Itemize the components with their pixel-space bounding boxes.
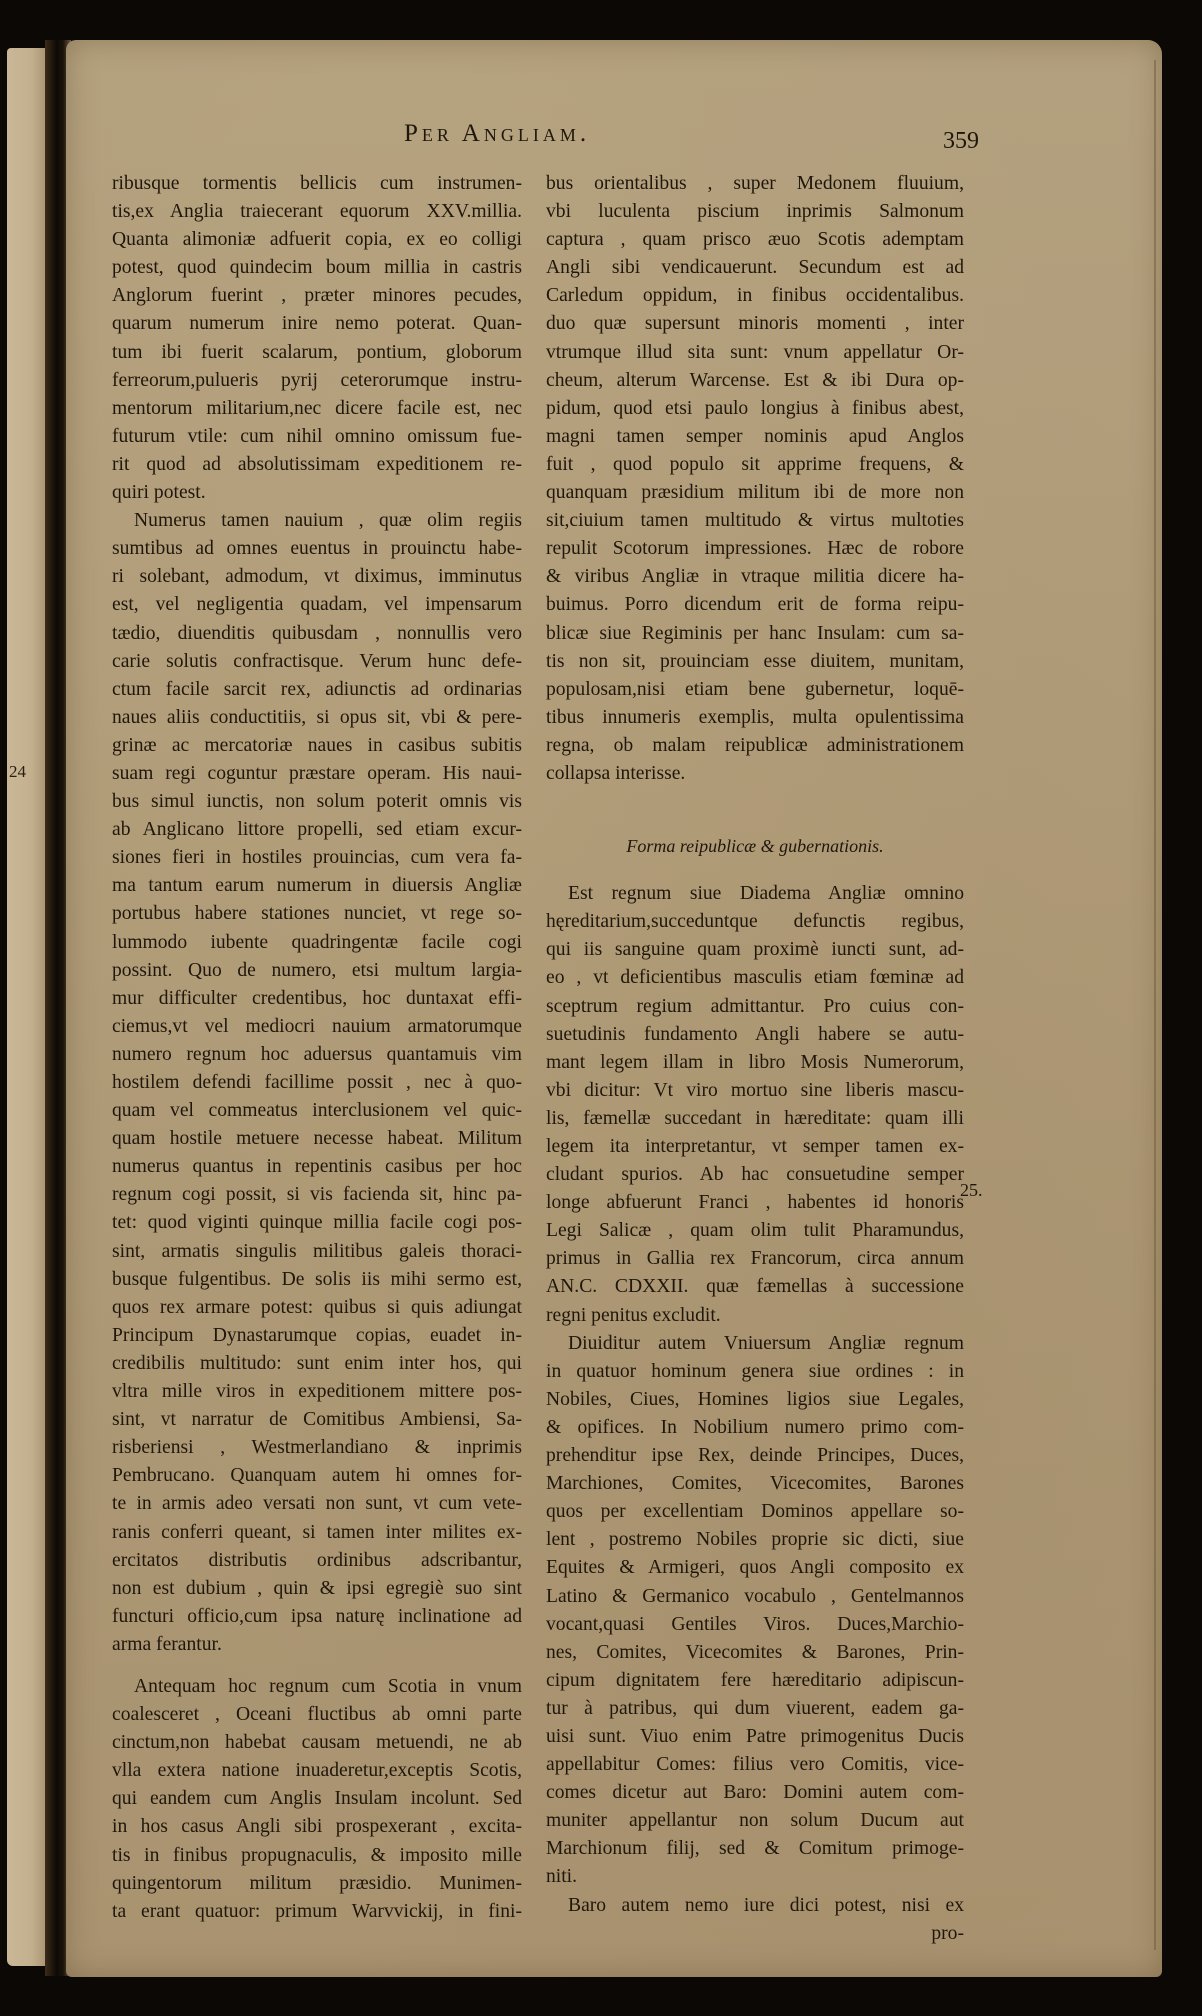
text-line: Numerus tamen nauium , quæ olim regiis [112, 507, 522, 535]
text-line: Pembrucano. Quanquam autem hi omnes for- [112, 1462, 522, 1490]
page-edge [1154, 60, 1156, 1950]
text-line: Angli sibi vendicauerunt. Secundum est a… [546, 254, 964, 282]
text-line: rit quod ad absolutissimam expeditionem … [112, 451, 522, 479]
text-line: & opifices. In Nobilium numero primo com… [546, 1414, 964, 1442]
text-line: Legi Salicæ , quam olim tulit Pharamundu… [546, 1217, 964, 1245]
text-line: portubus habere stationes nunciet, vt re… [112, 900, 522, 928]
text-line: busque fulgentibus. De solis iis mihi se… [112, 1266, 522, 1294]
text-line: cipum dignitatem fere hæreditario adipis… [546, 1667, 964, 1695]
text-line: lis, fæmellæ succedant in hæreditate: qu… [546, 1105, 964, 1133]
text-line: ribusque tormentis bellicis cum instrume… [112, 170, 522, 198]
text-line: in hos casus Angli sibi prospexerant , e… [112, 1813, 522, 1841]
text-line: vtrumque illud sita sunt: vnum appellatu… [546, 339, 964, 367]
text-line: quanquam præsidium militum ibi de more n… [546, 479, 964, 507]
text-line: quos per excellentiam Dominos appellare … [546, 1498, 964, 1526]
text-line: siones fieri in hostiles prouincias, cum… [112, 844, 522, 872]
text-line: lummodo iubente quadringentæ facile cogi [112, 929, 522, 957]
text-line: pidum, quod etsi paulo longius à finibus… [546, 395, 964, 423]
text-line: vltra mille viros in expeditionem mitter… [112, 1378, 522, 1406]
margin-note-right: 25. [960, 1180, 983, 1201]
text-line: muniter appellantur non solum Ducum aut [546, 1807, 964, 1835]
text-line: ta erant quatuor: primum Warvvickij, in … [112, 1898, 522, 1926]
text-line: cludant spurios. Ab hac consuetudine sem… [546, 1161, 964, 1189]
text-line: numero regnum hoc aduersus quantamuis vi… [112, 1041, 522, 1069]
section-heading: Forma reipublicæ & gubernationis. [546, 816, 964, 866]
paragraph-gap [546, 866, 964, 880]
text-line: ab Anglicano littore propelli, sed etiam… [112, 816, 522, 844]
text-line: Principum Dynastarumque copias, euadet i… [112, 1322, 522, 1350]
text-line: vocant,quasi Gentiles Viros. Duces,March… [546, 1611, 964, 1639]
text-line: legem ita interpretantur, vt semper tame… [546, 1133, 964, 1161]
text-line: futurum vtile: cum nihil omnino omissum … [112, 423, 522, 451]
text-line: mur difficulter credentibus, hoc duntaxa… [112, 985, 522, 1013]
text-line: Marchiones, Comites, Vicecomites, Barone… [546, 1470, 964, 1498]
facing-page-edge [7, 48, 47, 1966]
text-line: risberiensi , Westmerlandiano & inprimis [112, 1434, 522, 1462]
text-line: bus simul iunctis, non solum poterit omn… [112, 788, 522, 816]
text-line: blicæ siue Regiminis per hanc Insulam: c… [546, 620, 964, 648]
text-line: Baro autem nemo iure dici potest, nisi e… [546, 1892, 964, 1920]
text-line: quos rex armare potest: quibus si quis a… [112, 1294, 522, 1322]
text-line: mentorum militarium,nec dicere facile es… [112, 395, 522, 423]
text-line: eo , vt deficientibus masculis etiam fœm… [546, 964, 964, 992]
text-line: ma tantum earum numerum in diuersis Angl… [112, 872, 522, 900]
text-line: AN.C. CDXXII. quæ fæmellas à successione [546, 1273, 964, 1301]
text-line: hęreditarium,succeduntque defunctis regi… [546, 908, 964, 936]
text-line: ercitatos distributis ordinibus adscriba… [112, 1547, 522, 1575]
paragraph-gap [546, 788, 964, 816]
text-line: est, vel negligentia quadam, vel impensa… [112, 591, 522, 619]
text-line: tur à patribus, qui dum viuerent, eadem … [546, 1695, 964, 1723]
text-line: magni tamen semper nominis apud Anglos [546, 423, 964, 451]
text-line: suam regi coguntur præstare operam. His … [112, 760, 522, 788]
text-line: vbi dicitur: Vt viro mortuo sine liberis… [546, 1077, 964, 1105]
text-line: Antequam hoc regnum cum Scotia in vnum [112, 1673, 522, 1701]
right-column: bus orientalibus , super Medonem fluuium… [546, 170, 964, 1948]
text-line: buimus. Porro dicendum erit de forma rei… [546, 591, 964, 619]
text-line: uisi sunt. Viuo enim Patre primogenitus … [546, 1723, 964, 1751]
text-line: te in armis adeo versati non sunt, vt cu… [112, 1490, 522, 1518]
text-line: longe abfuerunt Franci , habentes id hon… [546, 1189, 964, 1217]
text-line: Anglorum fuerint , præter minores pecude… [112, 282, 522, 310]
text-line: Quanta alimoniæ adfuerit copia, ex eo co… [112, 226, 522, 254]
text-line: Est regnum siue Diadema Angliæ omnino [546, 880, 964, 908]
text-line: quiri potest. [112, 479, 522, 507]
text-line: primus in Gallia rex Francorum, circa an… [546, 1245, 964, 1273]
text-line: captura , quam prisco æuo Scotis adempta… [546, 226, 964, 254]
text-line: numerus quantus in repentinis casibus pe… [112, 1153, 522, 1181]
text-line: Carledum oppidum, in finibus occidentali… [546, 282, 964, 310]
text-line: tis non sit, prouinciam esse diuitem, mu… [546, 648, 964, 676]
text-line: carie solutis confractisque. Verum hunc … [112, 648, 522, 676]
text-line: possint. Quo de numero, etsi multum larg… [112, 957, 522, 985]
text-line: quam hostile metuere necesse habeat. Mil… [112, 1125, 522, 1153]
text-line: regni penitus excludit. [546, 1302, 964, 1330]
text-line: sceptrum regium admittantur. Pro cuius c… [546, 993, 964, 1021]
text-line: fuit , quod populo sit apprime frequens,… [546, 451, 964, 479]
text-line: comes dicetur aut Baro: Domini autem com… [546, 1779, 964, 1807]
text-line: cheum, alterum Warcense. Est & ibi Dura … [546, 367, 964, 395]
text-line: sumtibus ad omnes euentus in prouinctu h… [112, 535, 522, 563]
text-line: tum ibi fuerit scalarum, pontium, globor… [112, 339, 522, 367]
text-line: bus orientalibus , super Medonem fluuium… [546, 170, 964, 198]
text-line: quam vel commeatus interclusionem vel qu… [112, 1097, 522, 1125]
text-line: vbi luculenta piscium inprimis Salmonum [546, 198, 964, 226]
text-line: niti. [546, 1863, 964, 1891]
text-line: tis,ex Anglia traiecerant equorum XXV.mi… [112, 198, 522, 226]
text-line: in quatuor hominum genera siue ordines :… [546, 1358, 964, 1386]
text-line: ri solebant, admodum, vt diximus, imminu… [112, 563, 522, 591]
text-line: cinctum,non habebat causam metuendi, ne … [112, 1729, 522, 1757]
margin-note-left: 24 [9, 762, 26, 782]
paragraph-gap [112, 1659, 522, 1673]
text-line: sint, armatis singulis militibus galeis … [112, 1238, 522, 1266]
text-line: Nobiles, Ciues, Homines ligios siue Lega… [546, 1386, 964, 1414]
text-line: functuri officio,cum ipsa naturę inclina… [112, 1603, 522, 1631]
text-line: suetudinis fundamento Angli habere se au… [546, 1021, 964, 1049]
text-line: repulit Scotorum impressiones. Hæc de ro… [546, 535, 964, 563]
text-line: grinæ ac mercatoriæ naues in casibus sub… [112, 732, 522, 760]
text-line: mant legem illam in libro Mosis Numeroru… [546, 1049, 964, 1077]
text-line: qui eandem cum Anglis Insulam incolunt. … [112, 1785, 522, 1813]
text-line: populosam,nisi etiam bene gubernetur, lo… [546, 676, 964, 704]
text-line: Diuiditur autem Vniuersum Angliæ regnum [546, 1330, 964, 1358]
text-line: regnum cogi possit, si vis facienda sit,… [112, 1181, 522, 1209]
text-line: potest, quod quindecim boum millia in ca… [112, 254, 522, 282]
text-line: hostilem defendi facillime possit , nec … [112, 1069, 522, 1097]
text-line: Marchionum filij, sed & Comitum primoge- [546, 1835, 964, 1863]
text-line: arma ferantur. [112, 1631, 522, 1659]
text-line: vlla extera natione inuaderetur,exceptis… [112, 1757, 522, 1785]
text-line: tibus innumeris exemplis, multa opulenti… [546, 704, 964, 732]
text-line: duo quæ supersunt minoris momenti , inte… [546, 310, 964, 338]
text-line: ferreorum,pulueris pyrij ceterorumque in… [112, 367, 522, 395]
text-line: quingentorum militum præsidio. Munimen- [112, 1870, 522, 1898]
text-line: Equites & Armigeri, quos Angli composito… [546, 1554, 964, 1582]
text-line: ctum facile sarcit rex, adiunctis ad ord… [112, 676, 522, 704]
text-line: Latino & Germanico vocabulo , Gentelmann… [546, 1583, 964, 1611]
left-column: ribusque tormentis bellicis cum instrume… [112, 170, 522, 1926]
text-line: tet: quod viginti quinque millia facile … [112, 1209, 522, 1237]
text-line: pro- [546, 1920, 964, 1948]
text-line: coalesceret , Oceani fluctibus ab omni p… [112, 1701, 522, 1729]
page-number: 359 [943, 128, 979, 155]
text-line: sint, vt narratur de Comitibus Ambiensi,… [112, 1406, 522, 1434]
text-line: regna, ob malam reipublicæ administratio… [546, 732, 964, 760]
text-line: sit,ciuium tamen multitudo & virtus mult… [546, 507, 964, 535]
text-line: naues aliis conductitiis, si opus sit, v… [112, 704, 522, 732]
running-head: Per Angliam. [404, 120, 590, 148]
text-line: nes, Comites, Vicecomites & Barones, Pri… [546, 1639, 964, 1667]
text-line: collapsa interisse. [546, 760, 964, 788]
text-line: non est dubium , quin & ipsi egregiè suo… [112, 1575, 522, 1603]
text-line: ranis conferri queant, si tamen inter mi… [112, 1519, 522, 1547]
text-line: prehenditur ipse Rex, deinde Principes, … [546, 1442, 964, 1470]
text-line: lent , postremo Nobiles proprie sic dict… [546, 1526, 964, 1554]
text-line: ciemus,vt vel mediocri nauium armatorumq… [112, 1013, 522, 1041]
text-line: tædio, diuenditis quibusdam , nonnullis … [112, 620, 522, 648]
text-line: qui iis sanguine quam proximè iuncti sun… [546, 936, 964, 964]
text-line: appellabitur Comes: filius vero Comitis,… [546, 1751, 964, 1779]
text-line: & viribus Angliæ in vtraque militia dice… [546, 563, 964, 591]
text-line: credibilis multitudo: sunt enim inter ho… [112, 1350, 522, 1378]
text-line: quarum numerum inire nemo poterat. Quan- [112, 310, 522, 338]
text-line: tis in finibus propugnaculis, & imposito… [112, 1842, 522, 1870]
